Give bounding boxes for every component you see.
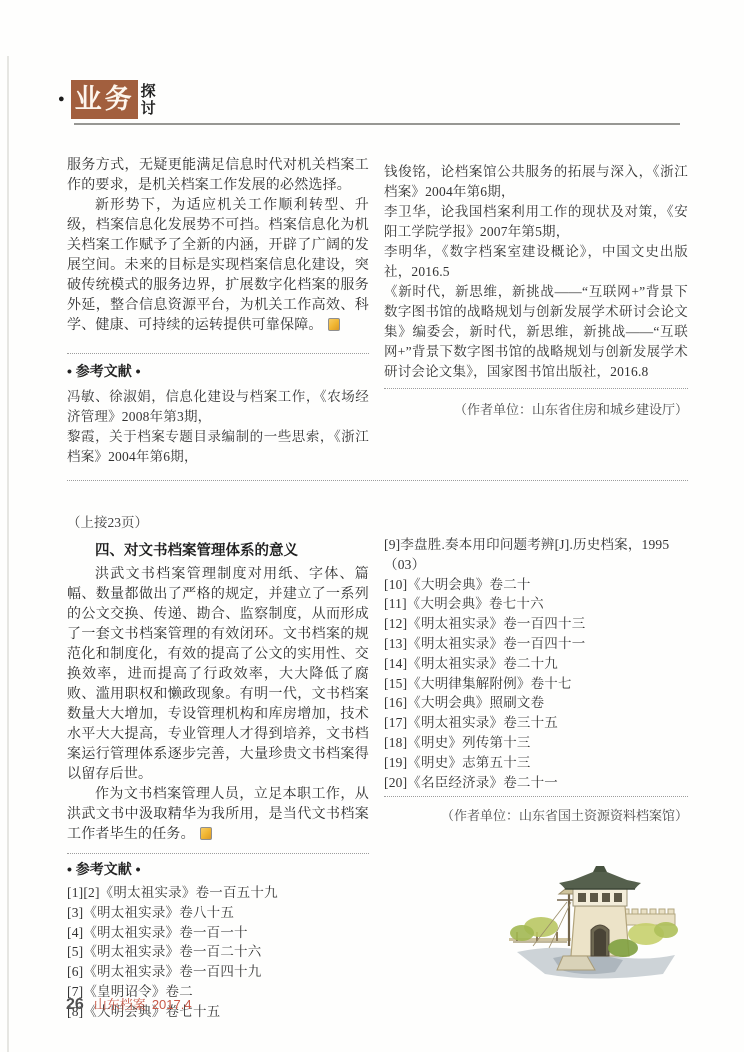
issue-number: 2017.4 [152, 997, 192, 1012]
reference-item: 李明华，《数字档案室建设概论》，中国文史出版社，2016.5 [384, 242, 688, 282]
dotted-separator [67, 353, 369, 354]
article1-paragraph: 新形势下，为适应机关工作顺利转型、升级，档案信息化发展势不可挡。档案信息化为机关… [67, 196, 369, 336]
header-rule [74, 123, 680, 125]
article1-references-left: 冯敏、徐淑娟，信息化建设与档案工作，《农场经济管理》2008年第3期，黎霞，关于… [67, 387, 369, 467]
reference-item: [5]《明太祖实录》卷一百二十六 [67, 942, 369, 962]
reference-item: [16]《大明会典》照刷文卷 [384, 693, 688, 713]
dotted-separator [384, 796, 688, 797]
paragraph-text: 洪武文书档案管理制度对用纸、字体、篇幅、数量都做出了严格的规定，并建立了一系列的… [67, 567, 369, 782]
reference-item: 李卫华，论我国档案利用工作的现状及对策，《安阳工学院学报》2007年第5期， [384, 202, 688, 242]
paragraph-text: 作为文书档案管理人员，立足本职工作，从洪武文书中汲取精华为我所用，是当代文书档案… [67, 787, 369, 842]
gate-tower-watercolor-icon [503, 850, 683, 990]
article2-references-right: [9]李盘胜.奏本用印问题考辨[J].历史档案，1995（03）[10]《大明会… [384, 535, 688, 792]
reference-item: 《新时代，新思维，新挑战——“互联网+”背景下数字图书馆的战略规划与创新发展学术… [384, 282, 688, 382]
reference-item: 钱俊铭，论档案馆公共服务的拓展与深入，《浙江档案》2004年第6期， [384, 162, 688, 202]
article-divider [67, 480, 688, 481]
reference-item: 黎霞，关于档案专题目录编制的一些思索，《浙江档案》2004年第6期， [67, 427, 369, 467]
reference-item: [4]《明太祖实录》卷一百一十 [67, 923, 369, 943]
journal-name: 山东档案 [94, 994, 146, 1013]
reference-item: [18]《明史》列传第十三 [384, 733, 688, 753]
references-title: • 参考文献 • [67, 859, 369, 879]
reference-item: [9]李盘胜.奏本用印问题考辨[J].历史档案，1995（03） [384, 535, 688, 575]
article2-paragraph: 洪武文书档案管理制度对用纸、字体、篇幅、数量都做出了严格的规定，并建立了一系列的… [67, 565, 369, 785]
page-footer: 26 山东档案 2017.4 [66, 994, 192, 1014]
reference-item: [20]《名臣经济录》卷二十一 [384, 773, 688, 793]
reference-item: 冯敏、徐淑娟，信息化建设与档案工作，《农场经济管理》2008年第3期， [67, 387, 369, 427]
references-title: • 参考文献 • [67, 361, 369, 381]
article1-paragraph: 服务方式，无疑更能满足信息时代对机关档案工作的要求，是机关档案工作发展的必然选择… [67, 156, 369, 196]
page-number: 26 [66, 996, 84, 1014]
section-heading: 四、对文书档案管理体系的意义 [67, 540, 369, 562]
reference-item: [15]《大明律集解附例》卷十七 [384, 674, 688, 694]
continuation-note: （上接23页） [67, 513, 369, 533]
article1-left-column: 服务方式，无疑更能满足信息时代对机关档案工作的要求，是机关档案工作发展的必然选择… [67, 156, 369, 467]
reference-item: [13]《明太祖实录》卷一百四十一 [384, 634, 688, 654]
reference-item: [14]《明太祖实录》卷二十九 [384, 654, 688, 674]
dotted-separator [384, 388, 688, 389]
section-badge-suffix: 探 讨 [141, 83, 156, 117]
article1-references-right: 钱俊铭，论档案馆公共服务的拓展与深入，《浙江档案》2004年第6期，李卫华，论我… [384, 162, 688, 382]
reference-item: [10]《大明会典》卷二十 [384, 575, 688, 595]
reference-item: [11]《大明会典》卷七十六 [384, 594, 688, 614]
scan-edge-line [7, 56, 9, 1052]
header-bullet-icon: ● [58, 94, 65, 105]
reference-item: [3]《明太祖实录》卷八十五 [67, 903, 369, 923]
author-affiliation: （作者单位：山东省国土资源资料档案馆） [384, 807, 688, 825]
paragraph-text: 服务方式，无疑更能满足信息时代对机关档案工作的要求，是机关档案工作发展的必然选择… [67, 158, 369, 193]
article2-right-column: [9]李盘胜.奏本用印问题考辨[J].历史档案，1995（03）[10]《大明会… [384, 535, 688, 825]
article-end-mark-icon [200, 827, 212, 840]
magazine-page: ● 业务 探 讨 服务方式，无疑更能满足信息时代对机关档案工作的要求，是机关档案… [0, 0, 744, 1052]
section-header: ● 业务 探 讨 [58, 80, 156, 119]
article1-right-column: 钱俊铭，论档案馆公共服务的拓展与深入，《浙江档案》2004年第6期，李卫华，论我… [384, 162, 688, 419]
reference-item: [1][2]《明太祖实录》卷一百五十九 [67, 883, 369, 903]
section-badge: 业务 [71, 80, 138, 119]
reference-item: [19]《明史》志第五十三 [384, 753, 688, 773]
article-end-mark-icon [328, 318, 340, 331]
suffix-char-2: 讨 [141, 100, 156, 117]
reference-item: [12]《明太祖实录》卷一百四十三 [384, 614, 688, 634]
author-affiliation: （作者单位：山东省住房和城乡建设厅） [384, 401, 688, 419]
suffix-char-1: 探 [141, 83, 156, 100]
reference-item: [6]《明太祖实录》卷一百四十九 [67, 962, 369, 982]
paragraph-text: 新形势下，为适应机关工作顺利转型、升级，档案信息化发展势不可挡。档案信息化为机关… [67, 198, 369, 333]
reference-item: [17]《明太祖实录》卷三十五 [384, 713, 688, 733]
article2-left-column: （上接23页） 四、对文书档案管理体系的意义 洪武文书档案管理制度对用纸、字体、… [67, 513, 369, 1022]
dotted-separator [67, 853, 369, 854]
article2-paragraph: 作为文书档案管理人员，立足本职工作，从洪武文书中汲取精华为我所用，是当代文书档案… [67, 785, 369, 845]
city-gate-tower-illustration [503, 850, 683, 995]
